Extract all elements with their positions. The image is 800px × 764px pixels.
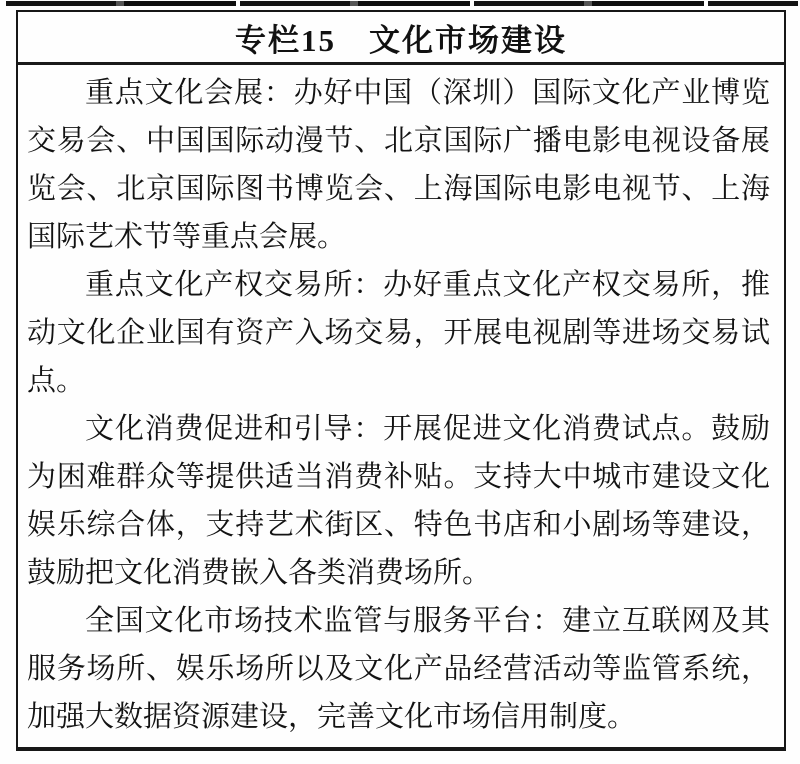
scanned-document-page: 专栏15 文化市场建设 重点文化会展：办好中国（深圳）国际文化产业博览交易会、中… [0, 0, 800, 764]
paragraph-label: 文化消费促进和引导： [85, 413, 383, 445]
paragraph-label: 重点文化产权交易所： [85, 269, 383, 301]
column-panel: 专栏15 文化市场建设 重点文化会展：办好中国（深圳）国际文化产业博览交易会、中… [16, 10, 786, 751]
paragraph-label: 全国文化市场技术监管与服务平台： [85, 605, 562, 637]
panel-title-row: 专栏15 文化市场建设 [18, 12, 784, 65]
panel-title: 专栏15 文化市场建设 [235, 15, 567, 60]
paragraph-consumption-promotion: 文化消费促进和引导：开展促进文化消费试点。鼓励为困难群众等提供适当消费补贴。支持… [27, 405, 770, 597]
top-scan-rule [6, 1, 798, 6]
paragraph-label: 重点文化会展： [85, 77, 294, 109]
paragraph-key-exhibitions: 重点文化会展：办好中国（深圳）国际文化产业博览交易会、中国国际动漫节、北京国际广… [27, 69, 770, 261]
paragraph-property-exchanges: 重点文化产权交易所：办好重点文化产权交易所，推动文化企业国有资产入场交易，开展电… [27, 261, 770, 405]
paragraph-supervision-platform: 全国文化市场技术监管与服务平台：建立互联网及其服务场所、娱乐场所以及文化产品经营… [27, 597, 770, 741]
panel-body: 重点文化会展：办好中国（深圳）国际文化产业博览交易会、中国国际动漫节、北京国际广… [18, 65, 784, 741]
